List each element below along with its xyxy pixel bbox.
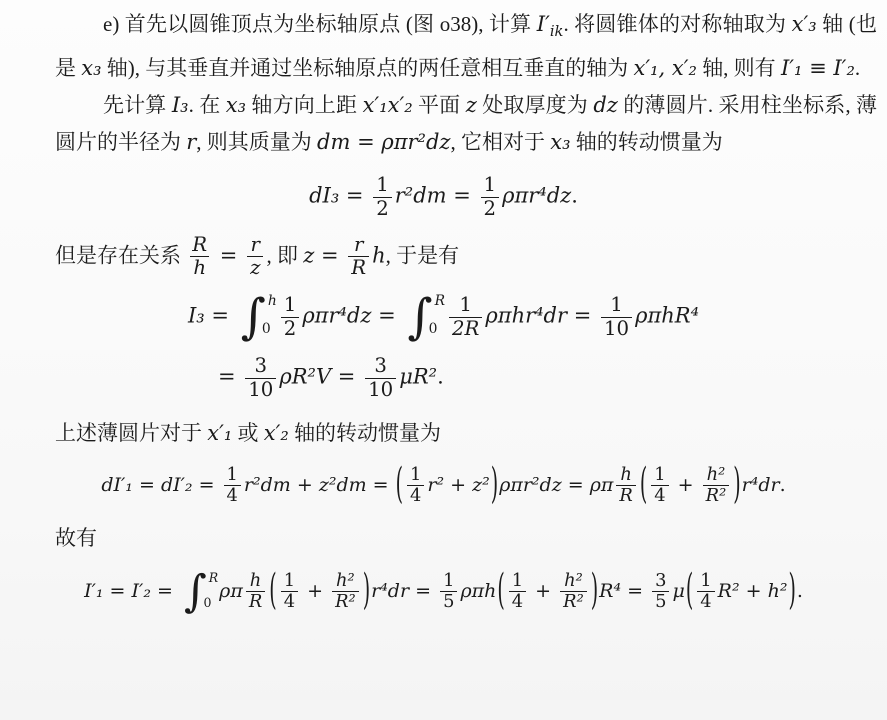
math-variable: ρπr⁴dz [302,304,371,328]
stretched-paren: ( [686,571,693,613]
math-variable: μR² [399,365,437,389]
math-variable: r²dm [395,184,447,208]
math-variable: I′₁ [84,580,103,602]
para-disc: 上述薄圆片对于 x′₁ 或 x′₂ 轴的转动惯量为 [55,415,877,452]
text-run: 轴), 与其垂直并通过坐标轴原点的两任意相互垂直的轴为 [102,56,634,80]
stretched-paren: ) [491,465,498,507]
integral: ∫R0 [407,293,443,341]
math-operator: + [529,580,557,602]
fraction: h²R² [560,571,587,613]
math-variable: x′₃ [792,12,817,36]
integral-lower-limit: 0 [203,597,212,610]
math-operator: . [437,365,444,389]
text-run: , 于是有 [386,243,460,267]
stretched-paren: ) [733,465,740,507]
text-run: 处取厚度为 [477,93,594,117]
para-setup: 先计算 I₃. 在 x₃ 轴方向上距 x′₁x′₂ 平面 z 处取厚度为 dz … [55,87,877,161]
math-variable: ρπhr⁴dr [485,304,567,328]
math-variable: ρR²V [279,365,331,389]
math-variable: I₃ [172,93,189,117]
math-operator: = [562,474,590,496]
text-run: 先计算 [103,93,172,117]
math-variable: ρπhR⁴ [635,304,699,328]
fraction-denominator: z [247,256,263,280]
math-variable: dI′₁ [101,474,133,496]
math-operator: = [205,304,236,328]
fraction: h²R² [332,571,359,613]
math-variable: x′₁, x′₂ [634,56,697,80]
fraction-numerator: h² [704,465,729,486]
fraction: hR [616,465,635,507]
fraction-denominator: 4 [509,591,526,613]
math-variable: z² [472,474,490,496]
math-operator: ≡ [802,56,833,80]
math-operator: + [301,580,329,602]
math-variable: ρπ [590,474,614,496]
fraction: 12 [281,294,300,340]
math-variable: z [303,243,314,267]
text-run: , 则其质量为 [196,130,317,154]
math-variable: I′₂ [833,56,854,80]
fraction: 310 [245,355,276,401]
math-operator: = [213,243,244,267]
math-operator: = [314,243,345,267]
fraction-denominator: R [246,591,265,613]
fraction: 14 [407,465,424,507]
fraction: 14 [224,465,241,507]
math-variable: R² [718,580,740,602]
stretched-paren: ( [640,465,647,507]
math-operator: . [797,580,803,602]
text-run: 但是存在关系 [55,243,186,267]
fraction: rR [348,234,369,280]
integral-lower-limit: 0 [429,323,439,337]
formula-dI12: dI′₁ = dI′₂ = 14r²dm + z²dm = (14r² + z²… [8,465,879,507]
math-operator: . [571,184,578,208]
math-operator: + [291,474,319,496]
fraction-denominator: R² [703,485,730,507]
fraction-numerator: r [351,234,366,257]
math-variable: I′ [537,12,550,36]
fraction-numerator: 1 [373,174,392,197]
math-variable: R⁴ [599,580,621,602]
math-operator: = [104,580,132,602]
math-operator: + [740,580,768,602]
fraction-numerator: 3 [252,355,271,378]
math-variable: ρπr²dz [499,474,562,496]
math-variable: ρπ [219,580,243,602]
fraction: 110 [601,294,632,340]
text-run: 平面 [413,93,466,117]
fraction-numerator: 1 [407,465,424,486]
fraction-numerator: r [248,234,263,257]
formula-dI3: dI₃ = 12r²dm = 12ρπr⁴dz. [8,174,879,220]
math-variable: dI′₂ [161,474,193,496]
text-run: 轴的转动惯量为 [289,421,441,445]
fraction-denominator: 4 [224,485,241,507]
text-run: . 在 [189,93,226,117]
page: e) 首先以圆锥顶点为坐标轴原点 (图 o38), 计算 I′ik. 将圆锥体的… [0,0,887,720]
fraction-numerator: 1 [697,571,714,592]
math-variable: dz [593,93,618,117]
math-variable: r⁴dr [371,580,409,602]
fraction-numerator: 1 [224,465,241,486]
math-variable: ρπh [460,580,496,602]
fraction-denominator: R [348,256,369,280]
integral: ∫R0 [184,570,216,614]
fraction-denominator: 4 [651,485,668,507]
math-variable: ρπr²dz [381,130,450,154]
math-variable: r²dm [244,474,291,496]
fraction-denominator: 2 [373,197,392,221]
stretched-paren: ( [269,571,276,613]
stretched-paren: ) [591,571,598,613]
fraction-numerator: 1 [456,294,475,317]
integral-limits: h0 [266,293,275,341]
text-run: 或 [232,421,264,445]
text-run: 上述薄圆片对于 [55,421,207,445]
text-run: , 它相对于 [450,130,550,154]
formula-row: = 310ρR²V = 310μR². [218,355,699,401]
math-operator: + [672,474,700,496]
fraction-numerator: R [189,234,210,257]
math-variable: x₃ [226,93,246,117]
text-run: 轴方向上距 [246,93,363,117]
fraction-denominator: 2R [449,317,482,341]
fraction-denominator: h [190,256,209,280]
fraction-denominator: 5 [652,591,669,613]
math-operator: = [339,184,370,208]
fraction-numerator: 1 [509,571,526,592]
math-variable: r [186,130,196,154]
fraction-numerator: 3 [371,355,390,378]
math-variable: dm [317,130,350,154]
stretched-paren: ( [396,465,403,507]
math-variable: I₃ [188,304,205,328]
math-operator: = [350,130,381,154]
fraction-numerator: 1 [651,465,668,486]
page-content: e) 首先以圆锥顶点为坐标轴原点 (图 o38), 计算 I′ik. 将圆锥体的… [0,6,887,613]
fraction-numerator: 1 [481,174,500,197]
fraction-numerator: 3 [652,571,669,592]
formula-row: I₃ = ∫h012ρπr⁴dz = ∫R012Rρπhr⁴dr = 110ρπ… [188,293,699,341]
fraction-numerator: h [617,465,635,486]
text-run: . 将圆锥体的对称轴取为 [563,12,791,36]
para-hence: 故有 [55,520,877,557]
math-variable: x₃ [81,56,101,80]
integral-upper-limit: R [209,572,218,585]
math-operator: = [367,474,395,496]
integral-limits: R0 [433,293,443,341]
fraction: 14 [509,571,526,613]
integral: ∫h0 [241,293,275,341]
fraction-denominator: 4 [407,485,424,507]
text-run: 轴的转动惯量为 [571,130,723,154]
math-variable: μ [672,580,684,602]
fraction-numerator: 1 [607,294,626,317]
text-run: . [855,56,860,80]
math-operator: = [567,304,598,328]
fraction: 12 [481,174,500,220]
fraction: h²R² [703,465,730,507]
math-variable: h² [768,580,788,602]
fraction-denominator: R² [332,591,359,613]
math-variable: r⁴dr [742,474,780,496]
math-subscript: ik [550,23,564,40]
fraction: 14 [651,465,668,507]
fraction-numerator: 1 [281,571,298,592]
math-variable: h [372,243,386,267]
fraction-numerator: h [247,571,265,592]
math-operator: = [218,365,242,389]
integral-upper-limit: h [268,295,277,309]
text-run: 轴, 则有 [697,56,781,80]
math-variable: z [466,93,477,117]
math-operator: = [151,580,179,602]
fraction-denominator: 4 [281,591,298,613]
fraction-numerator: h² [333,571,358,592]
para-relation: 但是存在关系 Rh = rz, 即 z = rRh, 于是有 [55,234,877,280]
math-operator: + [444,474,472,496]
math-operator: = [447,184,478,208]
fraction: 35 [652,571,669,613]
fraction-denominator: 2 [481,197,500,221]
math-operator: . [780,474,786,496]
para-intro: e) 首先以圆锥顶点为坐标轴原点 (图 o38), 计算 I′ik. 将圆锥体的… [55,6,877,87]
fraction: hR [246,571,265,613]
math-operator: = [133,474,161,496]
math-variable: z²dm [319,474,367,496]
fraction-denominator: 5 [440,591,457,613]
math-variable: I′₁ [781,56,802,80]
text-run: 故有 [55,526,97,550]
math-variable: I′₂ [132,580,151,602]
math-operator: = [331,365,362,389]
math-variable: x′₂ [264,421,289,445]
fraction: 15 [440,571,457,613]
aligned-rows: I₃ = ∫h012ρπr⁴dz = ∫R012Rρπhr⁴dr = 110ρπ… [188,293,699,402]
stretched-paren: ) [788,571,795,613]
fraction: 14 [697,571,714,613]
math-variable: x₃ [550,130,570,154]
fraction-denominator: 10 [245,378,276,402]
math-variable: dI₃ [309,184,339,208]
stretched-paren: ) [363,571,370,613]
math-operator: = [193,474,221,496]
fraction: 12 [373,174,392,220]
fraction: rz [247,234,263,280]
fraction-denominator: R [616,485,635,507]
fraction-denominator: 2 [281,317,300,341]
fraction-denominator: 10 [365,378,396,402]
fraction-numerator: 1 [440,571,457,592]
integral-lower-limit: 0 [262,323,271,337]
fraction-denominator: R² [560,591,587,613]
math-operator: = [409,580,437,602]
fraction: 12R [449,294,482,340]
fraction-numerator: 1 [281,294,300,317]
math-variable: x′₁x′₂ [363,93,413,117]
integral-upper-limit: R [435,295,445,309]
math-variable: x′₁ [207,421,232,445]
text-run: e) 首先以圆锥顶点为坐标轴原点 (图 o38), 计算 [103,12,537,36]
fraction: 14 [281,571,298,613]
fraction-denominator: 10 [601,317,632,341]
math-variable: r² [427,474,444,496]
fraction: 310 [365,355,396,401]
formula-I3: I₃ = ∫h012ρπr⁴dz = ∫R012Rρπhr⁴dr = 110ρπ… [8,293,879,402]
text-run: , 即 [266,243,303,267]
math-operator: = [371,304,402,328]
integral-limits: R0 [207,570,216,614]
stretched-paren: ( [497,571,504,613]
math-variable: ρπr⁴dz [502,184,571,208]
fraction: Rh [189,234,210,280]
fraction-denominator: 4 [697,591,714,613]
math-operator: = [621,580,649,602]
fraction-numerator: h² [561,571,586,592]
formula-I12: I′₁ = I′₂ = ∫R0ρπhR(14 + h²R²)r⁴dr = 15ρ… [8,570,879,614]
